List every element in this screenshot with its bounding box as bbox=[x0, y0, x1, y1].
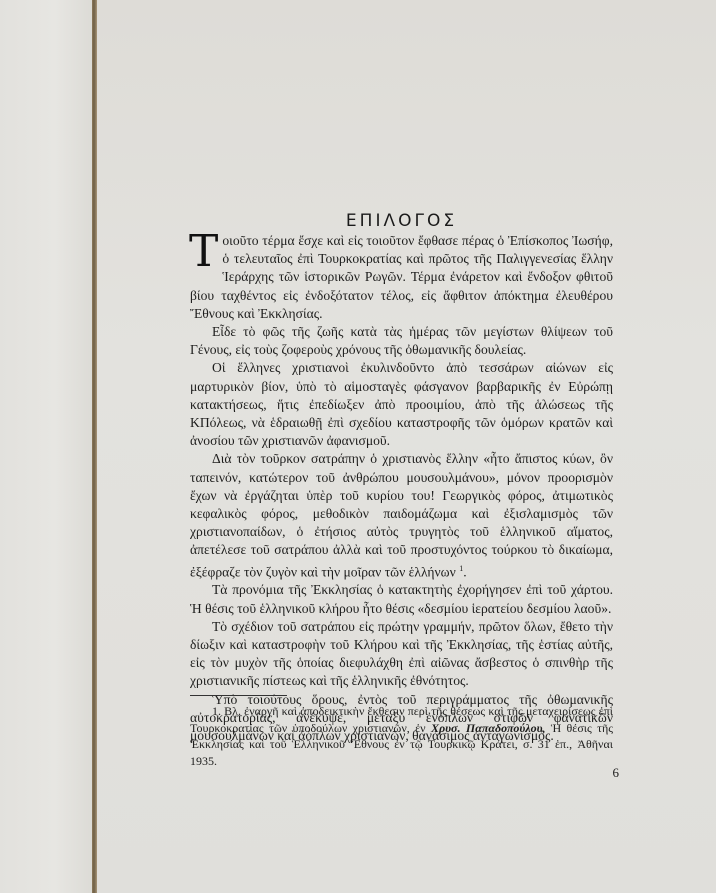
paragraph-5: Τὰ προνόμια τῆς Ἐκκλησίας ὁ κατακτητὴς ἐ… bbox=[190, 581, 613, 617]
chapter-title: ΕΠΙΛΟΓΟΣ bbox=[190, 211, 613, 231]
paragraph-2: Εἶδε τὸ φῶς τῆς ζωῆς κατὰ τὰς ἡμέρας τῶν… bbox=[190, 323, 613, 359]
left-page: ς ν ς ς ς ό ς ό ς υ bbox=[0, 0, 92, 893]
paragraph-1: Τοιοῦτο τέρμα ἔσχε καὶ εἰς τοιοῦτον ἔφθα… bbox=[190, 232, 613, 323]
drop-cap: Τ bbox=[189, 234, 218, 270]
paragraph-4: Διὰ τὸν τοῦρκον σατράπην ὁ χριστιανὸς ἕλ… bbox=[190, 450, 613, 581]
right-page: ΕΠΙΛΟΓΟΣ Τοιοῦτο τέρμα ἔσχε καὶ εἰς τοιο… bbox=[97, 0, 716, 893]
footnote-author: Χρυσ. Παπαδοπούλου, bbox=[431, 721, 546, 735]
left-page-edge-text: ς ν ς ς ς ό ς ό ς υ bbox=[0, 618, 4, 748]
footnote-rule bbox=[190, 695, 287, 696]
paragraph-3: Οἱ ἕλληνες χριστιανοὶ ἐκυλινδοῦντο ἀπὸ τ… bbox=[190, 359, 613, 450]
body-text: Τοιοῦτο τέρμα ἔσχε καὶ εἰς τοιοῦτον ἔφθα… bbox=[190, 232, 613, 745]
page-number: 6 bbox=[613, 765, 620, 781]
footnote-number: 1. bbox=[212, 704, 221, 718]
footnote: 1. Βλ. ἐναργῆ καὶ ἀποδεικτικὴν ἔκθεσιν π… bbox=[190, 703, 613, 769]
paragraph-6: Τὸ σχέδιον τοῦ σατράπου εἰς πρώτην γραμμ… bbox=[190, 618, 613, 691]
